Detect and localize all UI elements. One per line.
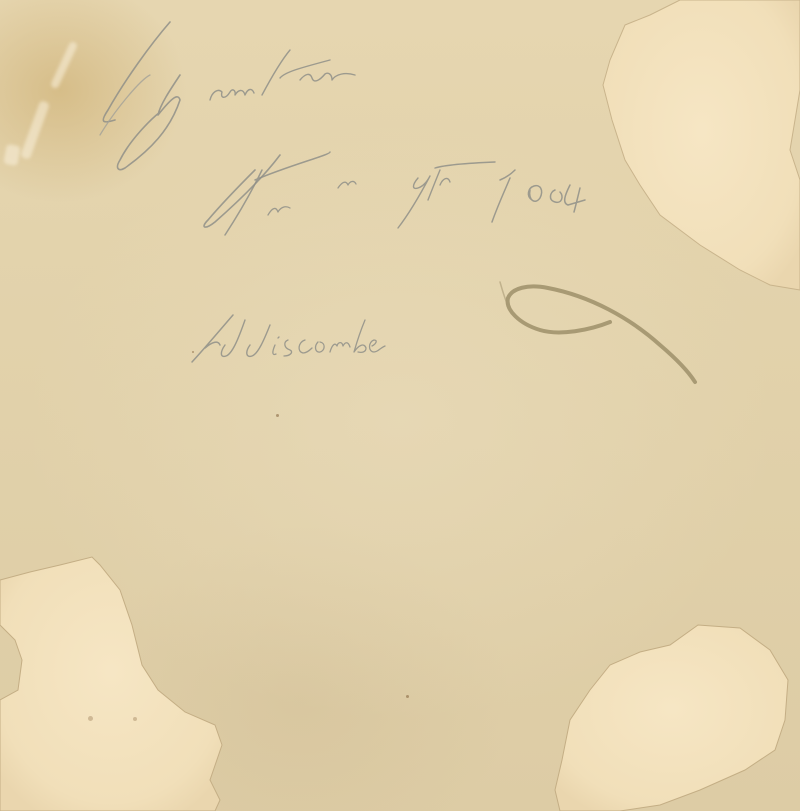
handwriting-date	[204, 152, 585, 235]
handwriting-place	[192, 315, 385, 362]
handwriting-name	[100, 22, 355, 170]
handwriting-layer	[0, 0, 800, 811]
pencil-flourish	[500, 282, 695, 382]
aged-paper: E. Gaskin Nov 9th 1854 Addiscombe	[0, 0, 800, 811]
